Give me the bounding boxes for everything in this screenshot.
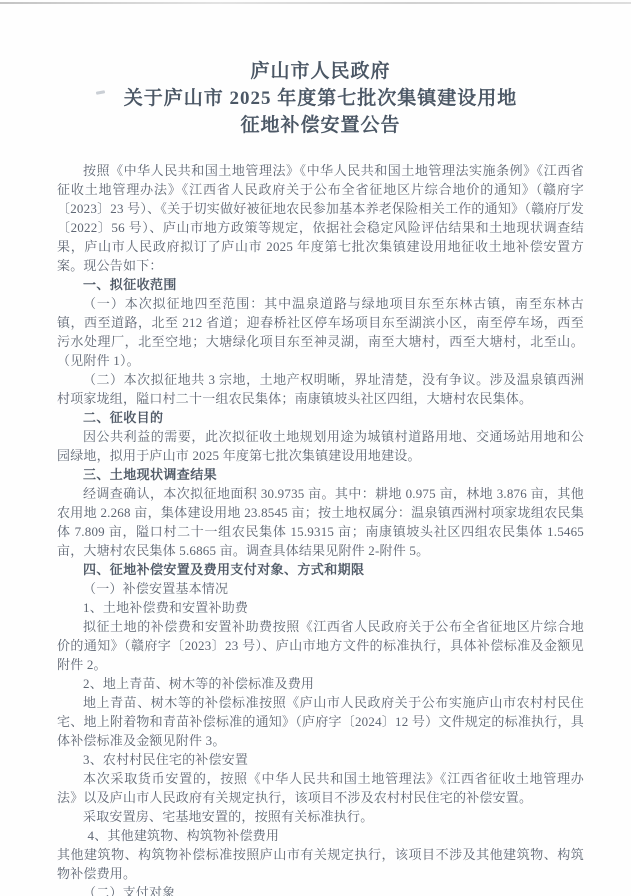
document-body: 按照《中华人民共和国土地管理法》《中华人民共和国土地管理法实施条例》《江西省征收…	[57, 161, 584, 896]
paragraph-item-2-title: 2、地上青苗、树木等的补偿标准及费用	[57, 674, 584, 693]
title-line-notice-type: 征地补偿安置公告	[57, 112, 584, 139]
heading-section-1-scope: 一、拟征收范围	[57, 275, 584, 294]
paragraph-scope-boundaries: （一）本次拟征地四至范围：其中温泉道路与绿地项目东至东林古镇，南至东林古镇，西至…	[57, 294, 584, 370]
paragraph-item-4-title: 4、其他建筑物、构筑物补偿费用	[57, 826, 584, 845]
paragraph-item-1-title: 1、土地补偿费和安置补助费	[57, 598, 584, 617]
paragraph-purpose: 因公共利益的需要，此次拟征收土地规划用途为城镇村道路用地、交通场站用地和公园绿地…	[57, 427, 584, 465]
paragraph-legal-basis: 按照《中华人民共和国土地管理法》《中华人民共和国土地管理法实施条例》《江西省征收…	[57, 161, 584, 275]
paragraph-subsection-1-basic-info: （一）补偿安置基本情况	[57, 579, 584, 598]
paragraph-survey-results: 经调查确认，本次拟征地面积 30.9735 亩。其中：耕地 0.975 亩，林地…	[57, 484, 584, 560]
scan-artifact-top-line	[0, 2, 631, 4]
paragraph-item-3-resettlement: 采取安置房、宅基地安置的，按照有关标准执行。	[57, 807, 584, 826]
document-title: 庐山市人民政府 关于庐山市 2025 年度第七批次集镇建设用地 征地补偿安置公告	[57, 58, 584, 139]
paragraph-scope-parcels: （二）本次拟征地共 3 宗地，土地产权明晰，界址清楚，没有争议。涉及温泉镇西洲村…	[57, 370, 584, 408]
paragraph-subsection-2-payment-target: （二）支付对象	[57, 883, 584, 896]
heading-section-2-purpose: 二、征收目的	[57, 408, 584, 427]
paragraph-item-2-body: 地上青苗、树木等的补偿标准按照《庐山市人民政府关于公布实施庐山市农村村民住宅、地…	[57, 693, 584, 750]
title-line-subject: 关于庐山市 2025 年度第七批次集镇建设用地	[57, 85, 584, 112]
paragraph-item-1-body: 拟征土地的补偿费和安置补助费按照《江西省人民政府关于公布全省征地区片综合地价的通…	[57, 617, 584, 674]
title-line-issuer: 庐山市人民政府	[57, 58, 584, 85]
document-content: 庐山市人民政府 关于庐山市 2025 年度第七批次集镇建设用地 征地补偿安置公告…	[57, 58, 584, 896]
scanned-document-page: 庐山市人民政府 关于庐山市 2025 年度第七批次集镇建设用地 征地补偿安置公告…	[0, 0, 631, 896]
paragraph-item-3-body: 本次采取货币安置的，按照《中华人民共和国土地管理法》《江西省征收土地管理办法》以…	[57, 769, 584, 807]
paragraph-item-3-title: 3、农村村民住宅的补偿安置	[57, 750, 584, 769]
paragraph-item-4-body: 其他建筑物、构筑物补偿标准按照庐山市有关规定执行，该项目不涉及其他建筑物、构筑物…	[57, 845, 584, 883]
heading-section-4-compensation: 四、征地补偿安置及费用支付对象、方式和期限	[57, 560, 584, 579]
heading-section-3-survey: 三、土地现状调查结果	[57, 465, 584, 484]
